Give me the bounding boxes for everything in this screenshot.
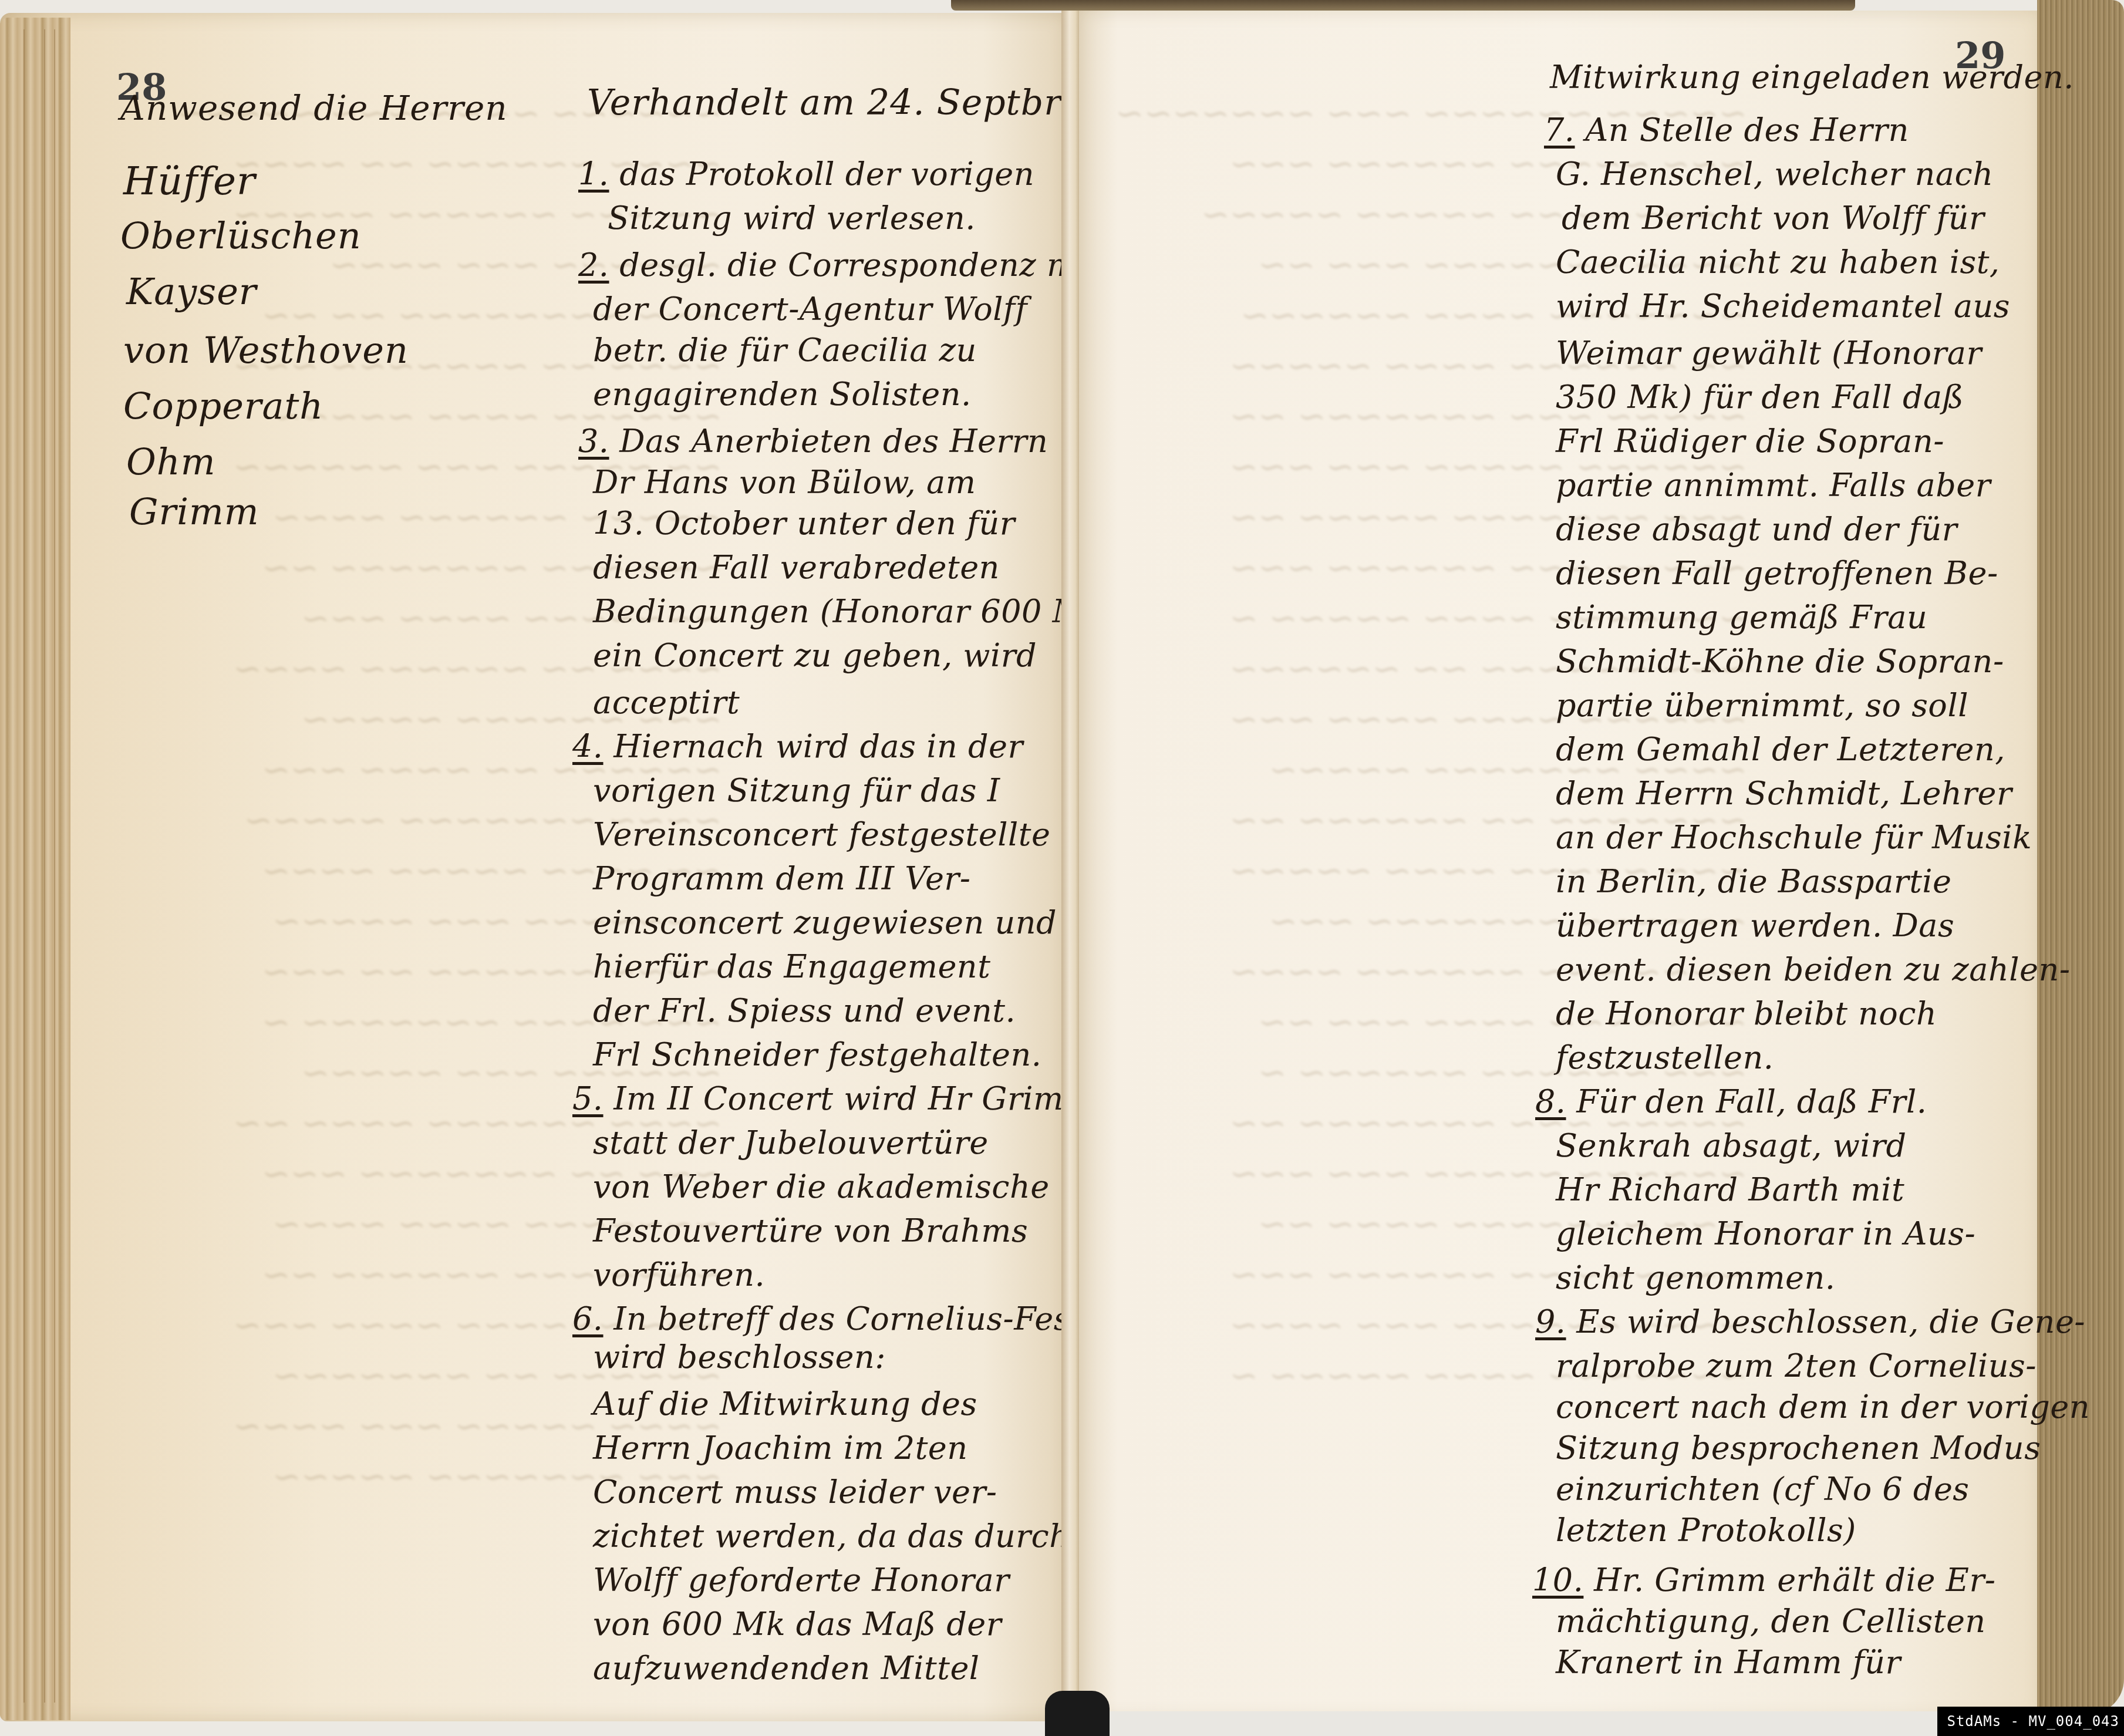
minutes-line: event. diesen beiden zu zahlen- [1556,951,2070,988]
minutes-line: 4. Hiernach wird das in der [572,728,1023,765]
minutes-line: festzustellen. [1556,1039,1774,1076]
minutes-line: partie übernimmt, so soll [1556,687,1968,724]
minutes-line: mächtigung, den Cellisten [1556,1603,1986,1640]
top-binding-edge [951,0,1855,11]
minutes-line: Frl Schneider festgehalten. [593,1036,1041,1073]
attendee-name: Oberlüschen [120,214,362,257]
attendee-name: Hüffer [123,159,256,204]
minutes-line: vorigen Sitzung für das I [593,772,1000,809]
minutes-line: 9. Es wird beschlossen, die Gene- [1535,1303,2085,1340]
minutes-line: Kranert in Hamm für [1556,1644,1901,1681]
minutes-line: Vereinsconcert festgestellte [593,816,1050,853]
minutes-line: Herrn Joachim im 2ten [593,1430,968,1467]
minutes-line: Dr Hans von Bülow, am [593,464,976,501]
minutes-line: 13. October unter den für [593,505,1015,542]
attendance-heading: Anwesend die Herren [120,88,508,128]
minutes-line: vorführen. [593,1256,765,1293]
left-page-stack-edges [0,18,70,1720]
minutes-line: der Frl. Spiess und event. [593,992,1016,1029]
minutes-line: 1. das Protokoll der vorigen [578,156,1034,193]
minutes-line: Senkrah absagt, wird [1556,1127,1907,1164]
minutes-line: dem Gemahl der Letzteren, [1556,731,2005,768]
minutes-line: in Berlin, die Basspartie [1556,863,1952,900]
minutes-line: der Concert-Agentur Wolff [593,291,1027,328]
minutes-line: Caecilia nicht zu haben ist, [1556,244,2000,281]
page-edge-line [44,29,45,1703]
book-gutter [1061,11,1081,1736]
minutes-line: 10. Hr. Grimm erhält die Er- [1532,1562,1995,1599]
minutes-line: zichtet werden, da das durch [593,1518,1070,1555]
minutes-line: an der Hochschule für Musik [1556,819,2032,856]
minutes-line: Sitzung besprochenen Modus [1556,1430,2041,1467]
minutes-line: diese absagt und der für [1556,511,1957,548]
minutes-line: ralprobe zum 2ten Cornelius- [1556,1347,2037,1384]
minutes-line: wird Hr. Scheidemantel aus [1556,288,2010,325]
minutes-line: sicht genommen. [1556,1259,1836,1296]
minutes-line: 350 Mk) für den Fall daß [1556,379,1964,416]
minutes-line: G. Henschel, welcher nach [1556,156,1994,193]
archive-signature-label: StdAMs - MV_004_043 [1937,1707,2124,1736]
minutes-line: einsconcert zugewiesen und [593,904,1057,941]
page-edge-line [23,29,25,1703]
minutes-line: von Weber die akademische [593,1168,1050,1205]
minutes-line: concert nach dem in der vorigen [1556,1388,2090,1425]
minutes-line: partie annimmt. Falls aber [1556,467,1991,504]
minutes-line: Weimar gewählt (Honorar [1556,335,1982,372]
minutes-line: hierfür das Engagement [593,948,990,985]
minutes-line: Sitzung wird verlesen. [608,200,976,237]
minutes-line: ein Concert zu geben, wird [593,637,1037,674]
minutes-line: acceptirt [593,684,740,721]
attendee-name: Grimm [129,490,259,533]
minutes-line: Hr Richard Barth mit [1556,1171,1904,1208]
minutes-line: 2. desgl. die Correspondenz mit [578,247,1101,284]
minutes-line: 8. Für den Fall, daß Frl. [1535,1083,1927,1120]
minutes-line: 7. An Stelle des Herrn [1544,112,1909,149]
minutes-line: diesen Fall getroffenen Be- [1556,555,1998,592]
right-page-stack-edges [2037,0,2124,1714]
minutes-line: dem Bericht von Wolff für [1562,200,1984,237]
minutes-line: stimmung gemäß Frau [1556,599,1927,636]
attendee-name: Copperath [123,385,323,427]
minutes-line: Schmidt-Köhne die Sopran- [1556,643,2004,680]
minutes-line: 5. Im II Concert wird Hr Grimm [572,1080,1094,1117]
minutes-line: übertragen werden. Das [1556,907,1954,944]
minutes-line: Programm dem III Ver- [593,860,970,897]
attendee-name: Ohm [126,440,216,483]
minutes-line: engagirenden Solisten. [593,376,972,413]
minutes-line: aufzuwendenden Mittel [593,1650,980,1687]
minutes-line: Mitwirkung eingeladen werden. [1550,59,2074,96]
minutes-line: betr. die für Caecilia zu [593,332,977,369]
minutes-line: Concert muss leider ver- [593,1474,997,1511]
attendee-name: von Westhoven [123,329,409,372]
minutes-line: Frl Rüdiger die Sopran- [1556,423,1944,460]
page-edge-line [54,29,55,1703]
minutes-line: 3. Das Anerbieten des Herrn [578,423,1048,460]
minutes-line: Festouvertüre von Brahms [593,1212,1028,1249]
minutes-line: einzurichten (cf No 6 des [1556,1471,1970,1508]
attendee-name: Kayser [126,270,257,313]
minutes-line: gleichem Honorar in Aus- [1556,1215,1975,1252]
minutes-line: letzten Protokolls) [1556,1512,1856,1549]
minutes-line: 6. In betreff des Cornelius-Festes [572,1300,1119,1337]
minutes-line: dem Herrn Schmidt, Lehrer [1556,775,2012,812]
minutes-line: de Honorar bleibt noch [1556,995,1937,1032]
minutes-line: diesen Fall verabredeten [593,549,1000,586]
minutes-line: Bedingungen (Honorar 600 Mk) [593,593,1117,630]
minutes-line: Wolff geforderte Honorar [593,1562,1009,1599]
spine-shadow [1045,1691,1110,1736]
minutes-line: Auf die Mitwirkung des [593,1386,977,1422]
minutes-line: statt der Jubelouvertüre [593,1124,989,1161]
minutes-line: von 600 Mk das Maß der [593,1606,1002,1643]
minutes-line: wird beschlossen: [593,1339,886,1376]
open-minutes-book: ~~~~~~ ~~~~ ~~~ ~~~~~ ~~~~ ~~~~~~ ~~ ~~~… [0,0,2124,1736]
